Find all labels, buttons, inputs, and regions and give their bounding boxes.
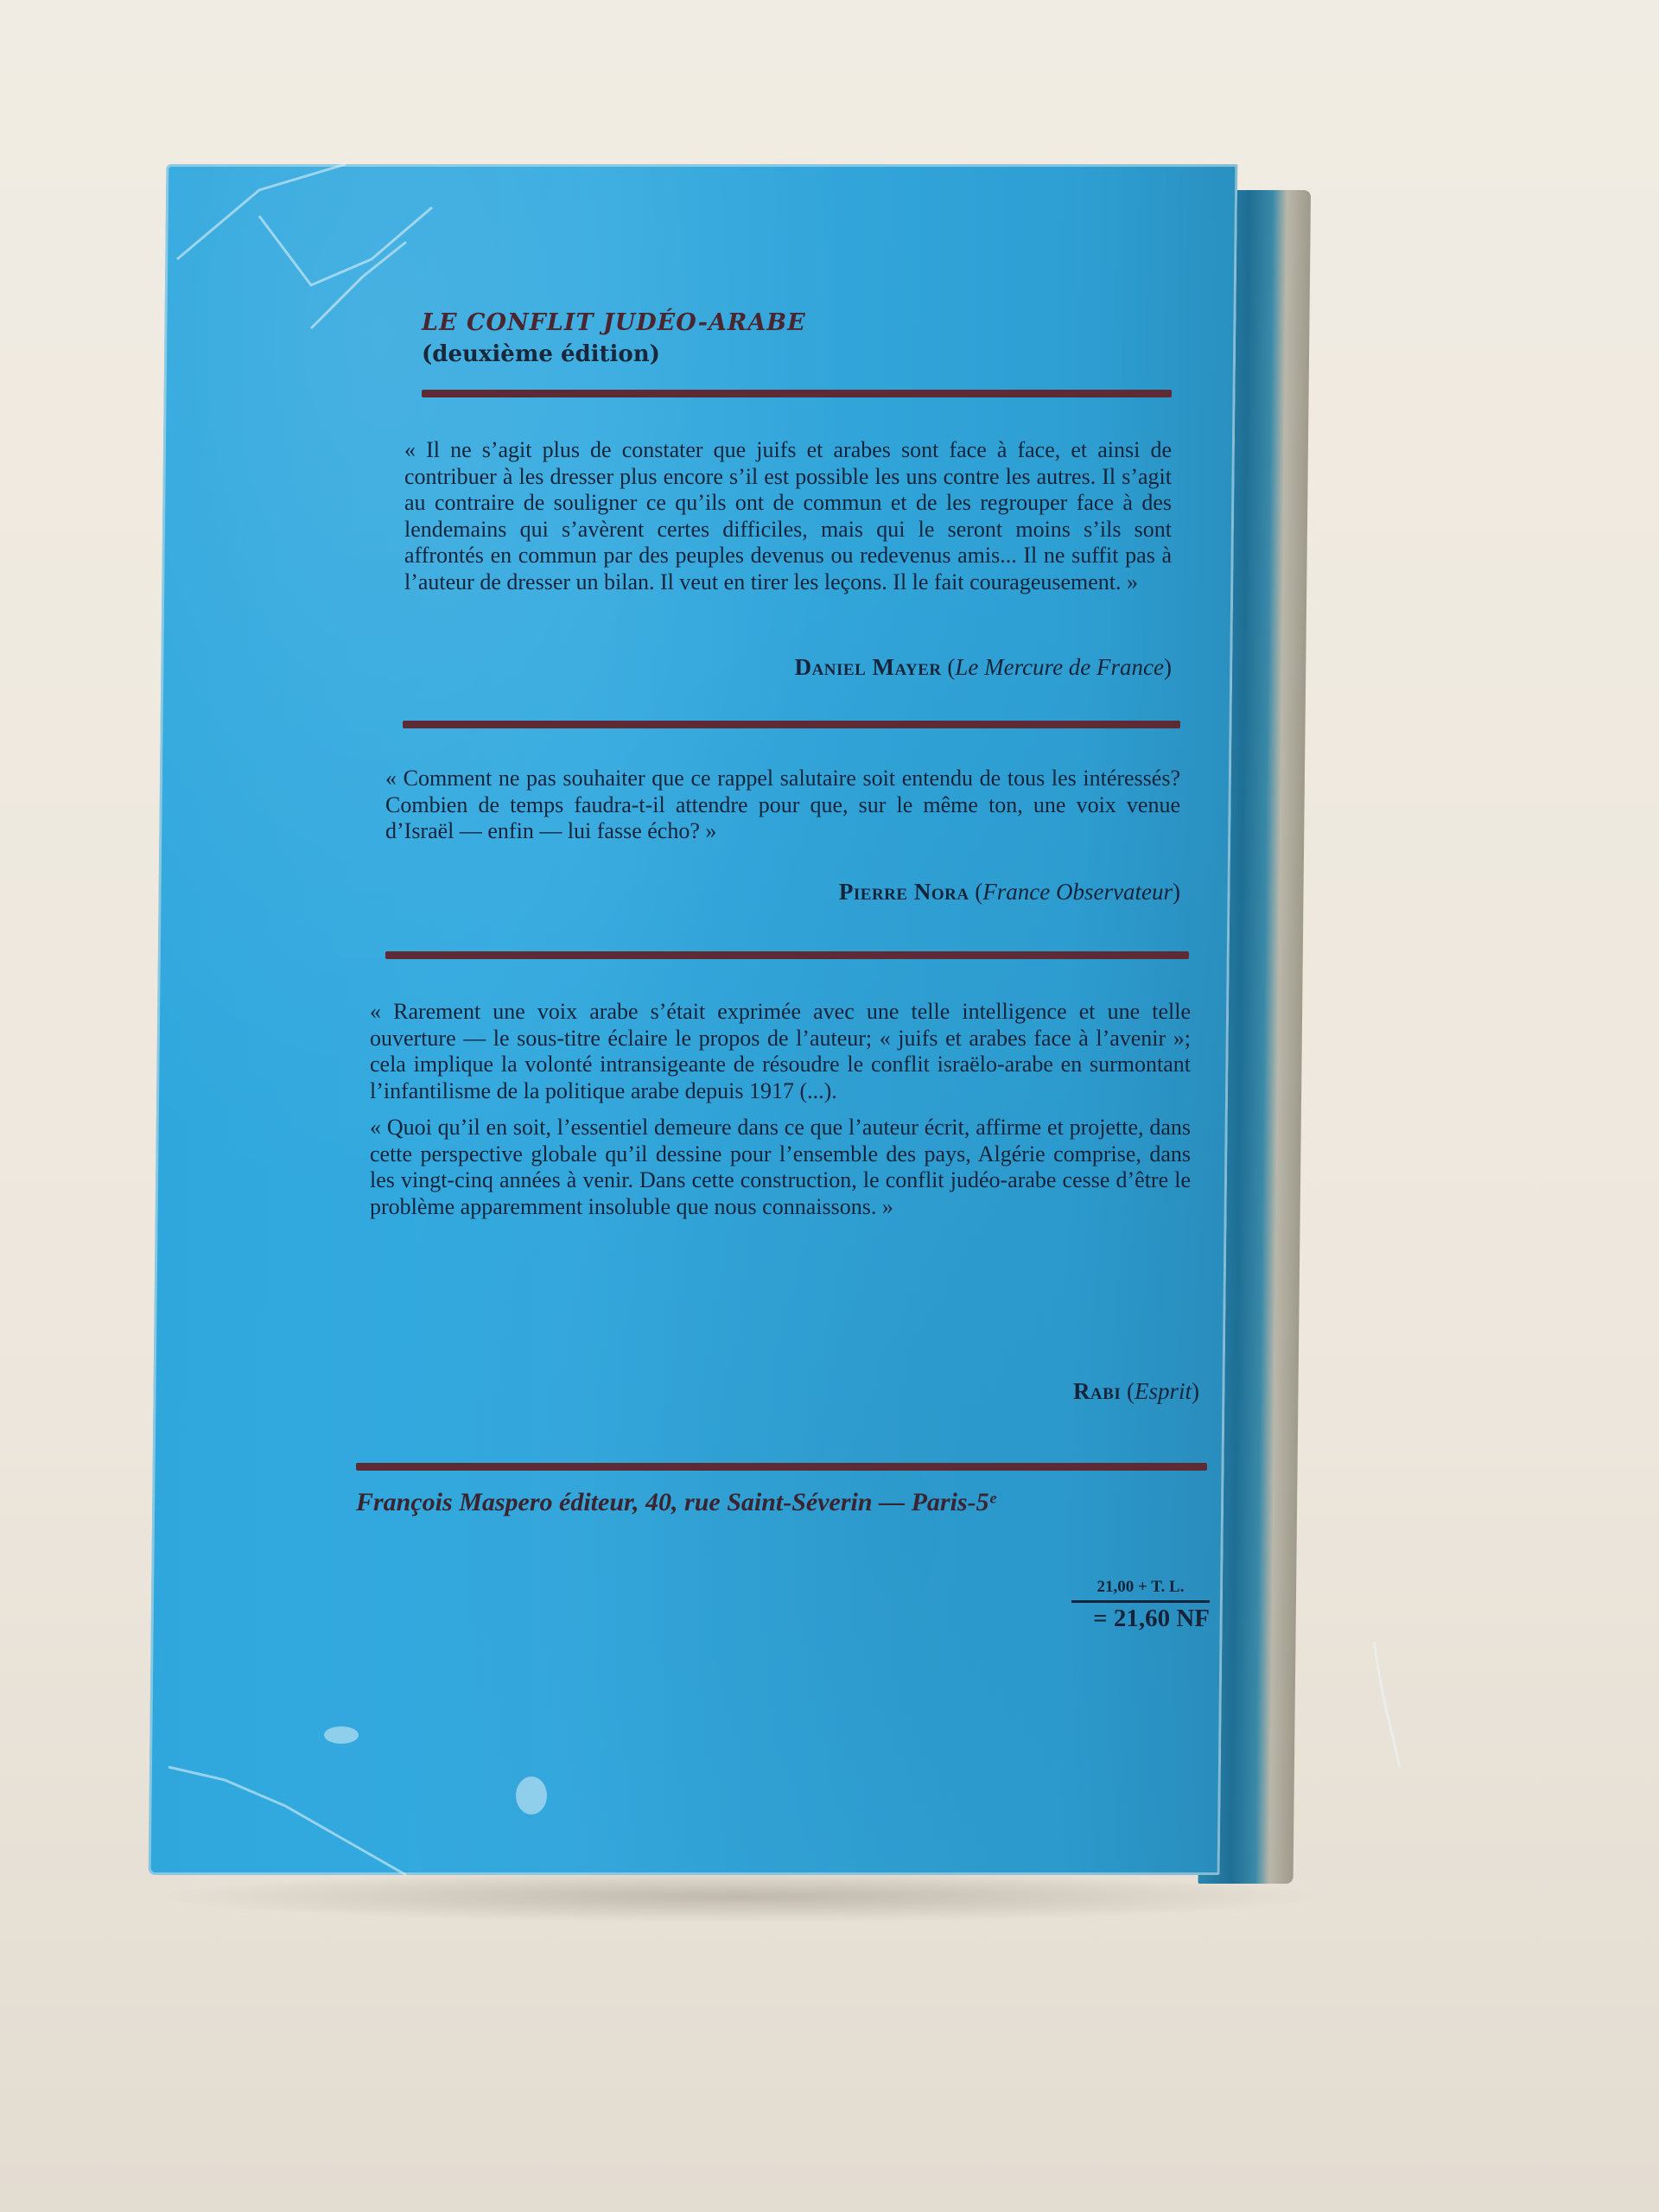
review-quote-1: « Il ne s’agit plus de constater que jui… bbox=[404, 437, 1172, 595]
publisher-line: François Maspero éditeur, 40, rue Saint-… bbox=[356, 1488, 1216, 1517]
paren-close: ) bbox=[1173, 879, 1180, 905]
quote-source: Esprit bbox=[1135, 1378, 1192, 1404]
book-title: LE CONFLIT JUDÉO-ARABE bbox=[422, 309, 806, 336]
paren-close: ) bbox=[1192, 1378, 1199, 1404]
divider-rule bbox=[356, 1463, 1207, 1471]
price-base: 21,00 + T. L. bbox=[1071, 1578, 1210, 1603]
divider-rule bbox=[403, 721, 1180, 728]
quote-author: Daniel Mayer bbox=[795, 654, 942, 680]
quote-paragraph: « Comment ne pas souhaiter que ce rappel… bbox=[385, 766, 1180, 845]
book-shadow bbox=[151, 1871, 1326, 1923]
quote-paragraph: « Il ne s’agit plus de constater que jui… bbox=[404, 437, 1172, 595]
paren-close: ) bbox=[1164, 654, 1172, 680]
quote-author: Pierre Nora bbox=[839, 879, 969, 905]
quote-attribution-1: Daniel Mayer (Le Mercure de France) bbox=[404, 654, 1172, 681]
quote-source: France Observateur bbox=[982, 879, 1173, 905]
price-block: 21,00 + T. L. = 21,60 NF bbox=[1071, 1578, 1210, 1633]
quote-source: Le Mercure de France bbox=[955, 654, 1164, 680]
edition-label: (deuxième édition) bbox=[422, 341, 660, 367]
quote-attribution-2: Pierre Nora (France Observateur) bbox=[385, 879, 1180, 906]
review-quote-3: « Rarement une voix arabe s’était exprim… bbox=[370, 999, 1191, 1220]
price-total: = 21,60 NF bbox=[1071, 1603, 1210, 1633]
divider-rule bbox=[422, 390, 1172, 397]
paren-open: ( bbox=[975, 879, 982, 905]
review-quote-2: « Comment ne pas souhaiter que ce rappel… bbox=[385, 766, 1180, 845]
paren-open: ( bbox=[1127, 1378, 1135, 1404]
quote-paragraph: « Rarement une voix arabe s’était exprim… bbox=[370, 999, 1191, 1104]
paren-open: ( bbox=[947, 654, 955, 680]
divider-rule bbox=[385, 951, 1189, 959]
quote-attribution-3: Rabi (Esprit) bbox=[370, 1378, 1199, 1405]
quote-author: Rabi bbox=[1073, 1378, 1121, 1404]
quote-paragraph: « Quoi qu’il en soit, l’essentiel demeur… bbox=[370, 1115, 1191, 1220]
